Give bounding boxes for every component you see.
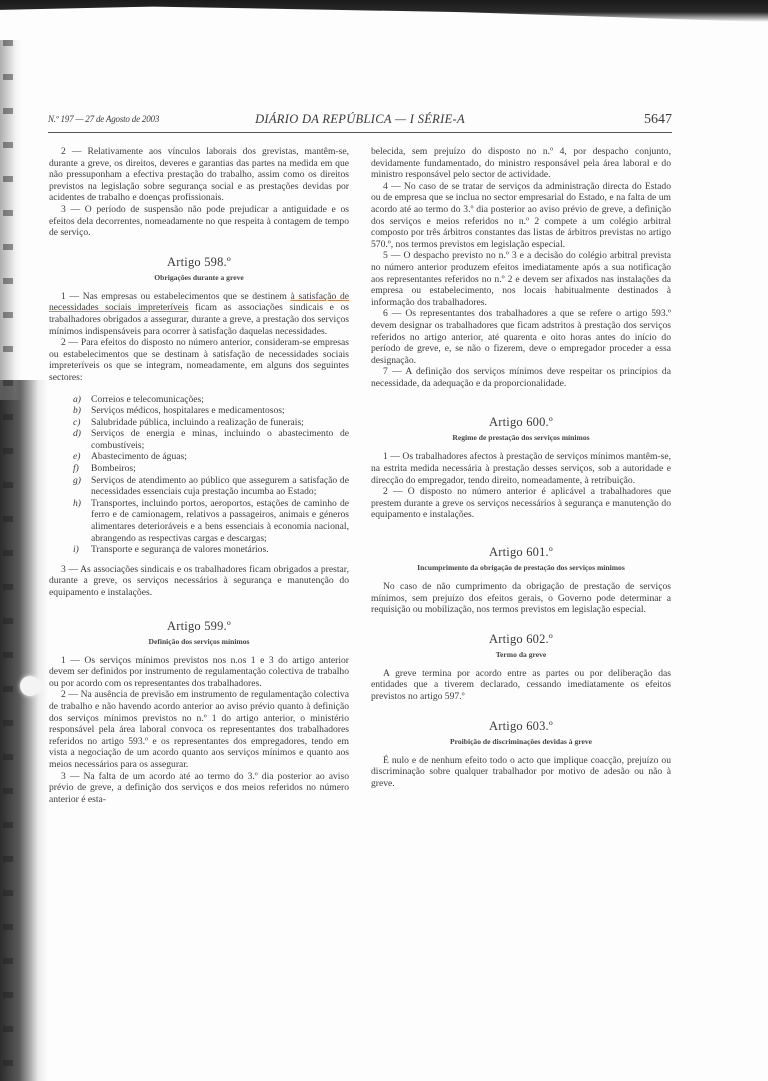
list-marker: a) — [73, 394, 81, 406]
list-marker: g) — [73, 475, 81, 487]
list-item-text: Bombeiros; — [91, 463, 136, 474]
list-item-text: Transporte e segurança de valores monetá… — [91, 544, 269, 555]
paragraph: 1 — Os serviços mínimos previstos nos n.… — [49, 655, 349, 690]
paragraph: 6 — Os representantes dos trabalhadores … — [371, 308, 671, 366]
paragraph: 1 — Os trabalhadores afectos à prestação… — [371, 451, 671, 486]
paragraph: 5 — O despacho previsto no n.º 3 e a dec… — [371, 250, 671, 308]
article-600-subtitle: Regime de prestação dos serviços mínimos — [371, 433, 671, 443]
list-marker: h) — [73, 498, 81, 510]
text-span: 1 — Nas empresas ou estabelecimentos que… — [61, 291, 291, 302]
list-item: h)Transportes, incluindo portos, aeropor… — [49, 498, 349, 544]
article-602-title: Artigo 602.º — [371, 632, 671, 646]
paragraph: No caso de não cumprimento da obrigação … — [371, 581, 671, 616]
article-601-subtitle: Incumprimento da obrigação de prestação … — [371, 563, 671, 573]
article-603-title: Artigo 603.º — [371, 719, 671, 733]
list-item: e)Abastecimento de águas; — [49, 451, 349, 463]
article-599-subtitle: Definição dos serviços mínimos — [49, 637, 349, 647]
scanner-top-shadow — [0, 0, 768, 22]
article-600-title: Artigo 600.º — [371, 415, 671, 429]
article-601-title: Artigo 601.º — [371, 545, 671, 559]
scanned-page: N.º 197 — 27 de Agosto de 2003 DIÁRIO DA… — [0, 0, 768, 1081]
page-number: 5647 — [644, 112, 672, 128]
punch-hole — [20, 676, 40, 696]
paragraph: A greve termina por acordo entre as part… — [371, 668, 671, 703]
list-marker: i) — [73, 544, 79, 556]
list-item-text: Serviços de atendimento ao público que a… — [91, 475, 349, 498]
spacer — [49, 556, 349, 564]
list-marker: b) — [73, 405, 81, 417]
paragraph: É nulo e de nenhum efeito todo o acto qu… — [371, 755, 671, 790]
paragraph: belecida, sem prejuízo do disposto no n.… — [371, 146, 671, 181]
paragraph: 2 — Relativamente aos vínculos laborais … — [49, 146, 349, 204]
list-item: d)Serviços de energia e minas, incluindo… — [49, 428, 349, 451]
article-603-subtitle: Proibição de discriminações devidas à gr… — [371, 737, 671, 747]
running-header: N.º 197 — 27 de Agosto de 2003 DIÁRIO DA… — [48, 112, 672, 133]
list-item: b)Serviços médicos, hospitalares e medic… — [49, 405, 349, 417]
sectors-list: a)Correios e telecomunicações; b)Serviço… — [49, 394, 349, 556]
paragraph: 2 — O disposto no número anterior é apli… — [371, 486, 671, 521]
paragraph: 2 — Na ausência de previsão em instrumen… — [49, 689, 349, 770]
paragraph: 4 — No caso de se tratar de serviços da … — [371, 181, 671, 251]
list-marker: d) — [73, 428, 81, 440]
list-item: g)Serviços de atendimento ao público que… — [49, 475, 349, 498]
paragraph: 7 — A definição dos serviços mínimos dev… — [371, 366, 671, 389]
paragraph: 1 — Nas empresas ou estabelecimentos que… — [49, 291, 349, 337]
list-item-text: Transportes, incluindo portos, aeroporto… — [91, 498, 349, 544]
list-marker: f) — [73, 463, 79, 475]
article-598-title: Artigo 598.º — [49, 255, 349, 269]
article-602-subtitle: Termo da greve — [371, 650, 671, 660]
paragraph: 3 — As associações sindicais e os trabal… — [49, 564, 349, 599]
list-marker: e) — [73, 451, 80, 463]
paragraph: 2 — Para efeitos do disposto no número a… — [49, 337, 349, 383]
list-item-text: Abastecimento de águas; — [91, 451, 187, 462]
list-item: c)Salubridade pública, incluindo a reali… — [49, 417, 349, 429]
list-item: a)Correios e telecomunicações; — [49, 394, 349, 406]
list-item: f)Bombeiros; — [49, 463, 349, 475]
list-item-text: Correios e telecomunicações; — [91, 394, 204, 405]
list-item-text: Serviços médicos, hospitalares e medicam… — [91, 405, 285, 416]
list-marker: c) — [73, 417, 80, 429]
left-column: 2 — Relativamente aos vínculos laborais … — [49, 146, 349, 805]
article-598-subtitle: Obrigações durante a greve — [49, 273, 349, 283]
list-item: i)Transporte e segurança de valores mone… — [49, 544, 349, 556]
binding-marks — [3, 40, 13, 1081]
list-item-text: Salubridade pública, incluindo a realiza… — [91, 417, 304, 428]
article-599-title: Artigo 599.º — [49, 619, 349, 633]
paragraph: 3 — O período de suspensão não pode prej… — [49, 204, 349, 239]
right-column: belecida, sem prejuízo do disposto no n.… — [371, 146, 671, 789]
paragraph: 3 — Na falta de um acordo até ao termo d… — [49, 771, 349, 806]
publication-title: DIÁRIO DA REPÚBLICA — I SÉRIE-A — [48, 112, 672, 127]
list-item-text: Serviços de energia e minas, incluindo o… — [91, 428, 349, 451]
